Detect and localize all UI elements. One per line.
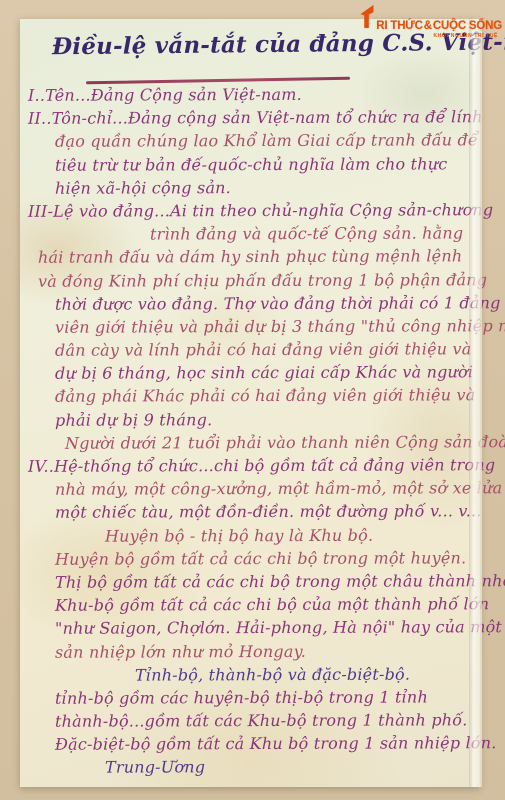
document-line: một chiếc tàu, một đồn-điền. một đường p… — [55, 502, 480, 527]
document-line: đạo quần chúng lao Khổ làm Giai cấp tran… — [55, 131, 480, 156]
document-line: Khu-bộ gồm tất cả các chi bộ của một thà… — [55, 594, 480, 619]
document-line: và đóng Kinh phí chịu phấn đấu trong 1 b… — [38, 270, 480, 295]
document-line: dự bị 6 tháng, học sinh các giai cấp Khá… — [55, 363, 480, 388]
document-line: hiện xã-hội cộng sản. — [55, 177, 480, 202]
document-line: IV..Hệ-thống tổ chức...chi bộ gồm tất cả… — [28, 455, 480, 480]
document-line: sản nhiệp lớn như mỏ Hongay. — [55, 641, 480, 666]
document-line: Huyện bộ - thị bộ hay là Khu bộ. — [105, 525, 480, 549]
graduation-flag-icon — [360, 4, 374, 32]
document-line: trình đảng và quốc-tế Cộng sản. hằng — [150, 224, 480, 248]
document-line: Thị bộ gồm tất cả các chi bộ trong một c… — [55, 571, 480, 596]
document-line: tỉnh-bộ gồm các huyện-bộ thị-bộ trong 1 … — [55, 687, 480, 712]
document-line: III-Lệ vào đảng...Ai tin theo chủ-nghĩa … — [28, 200, 480, 225]
title-underline — [86, 77, 350, 85]
document-line: nhà máy, một công-xưởng, một hầm-mỏ, một… — [55, 478, 480, 503]
document-line: Tỉnh-bộ, thành-bộ và đặc-biệt-bộ. — [135, 664, 480, 688]
document-line: I..Tên...Đảng Cộng sản Việt-nam. — [28, 84, 480, 109]
document-line: Huyện bộ gồm tất cả các chi bộ trong một… — [55, 548, 480, 573]
document-line: đảng phái Khác phải có hai đảng viên giớ… — [55, 386, 480, 411]
document-line: Người dưới 21 tuổi phải vào thanh niên C… — [65, 432, 480, 457]
watermark-brand-prefix: RI THỨC — [376, 21, 422, 33]
document-line: hái tranh đấu và dám hy sinh phục tùng m… — [38, 247, 480, 272]
document-line: viên giới thiệu và phải dự bị 3 tháng "t… — [55, 316, 480, 341]
document-line: tiêu trừ tư bản đế-quốc-chủ nghĩa làm ch… — [55, 154, 480, 179]
document-line: II..Tôn-chỉ...Đảng cộng sản Việt-nam tổ … — [28, 107, 480, 132]
photo-frame: Điều-lệ vắn-tắt của đảng C.S. Việt-nam I… — [0, 0, 505, 800]
document-body: I..Tên...Đảng Cộng sản Việt-nam. II..Tôn… — [20, 85, 480, 781]
watermark-ampersand: & — [424, 21, 432, 33]
document-line: Trung-Ương — [105, 757, 480, 781]
document-line: thời được vào đảng. Thợ vào đảng thời ph… — [55, 293, 480, 318]
watermark-tagline: KHỞI NGUỒN TRI TUỆ — [380, 34, 498, 39]
document-line: thành-bộ...gồm tất các Khu-bộ trong 1 th… — [55, 710, 480, 735]
watermark-brand-suffix: CUỘC SỐNG — [433, 21, 502, 33]
document-line: "như Saigon, Chợlớn. Hải-phong, Hà nội" … — [55, 618, 480, 643]
watermark-logo: RI THỨC & CUỘC SỐNG KHỞI NGUỒN TRI TUỆ — [380, 4, 502, 39]
document-line: phải dự bị 9 tháng. — [55, 409, 480, 434]
document-line: dân cày và lính phải có hai đảng viên gi… — [55, 339, 480, 364]
document-line: Đặc-biệt-bộ gồm tất cả Khu bộ trong 1 sả… — [55, 734, 480, 759]
document-page: Điều-lệ vắn-tắt của đảng C.S. Việt-nam I… — [20, 19, 480, 787]
